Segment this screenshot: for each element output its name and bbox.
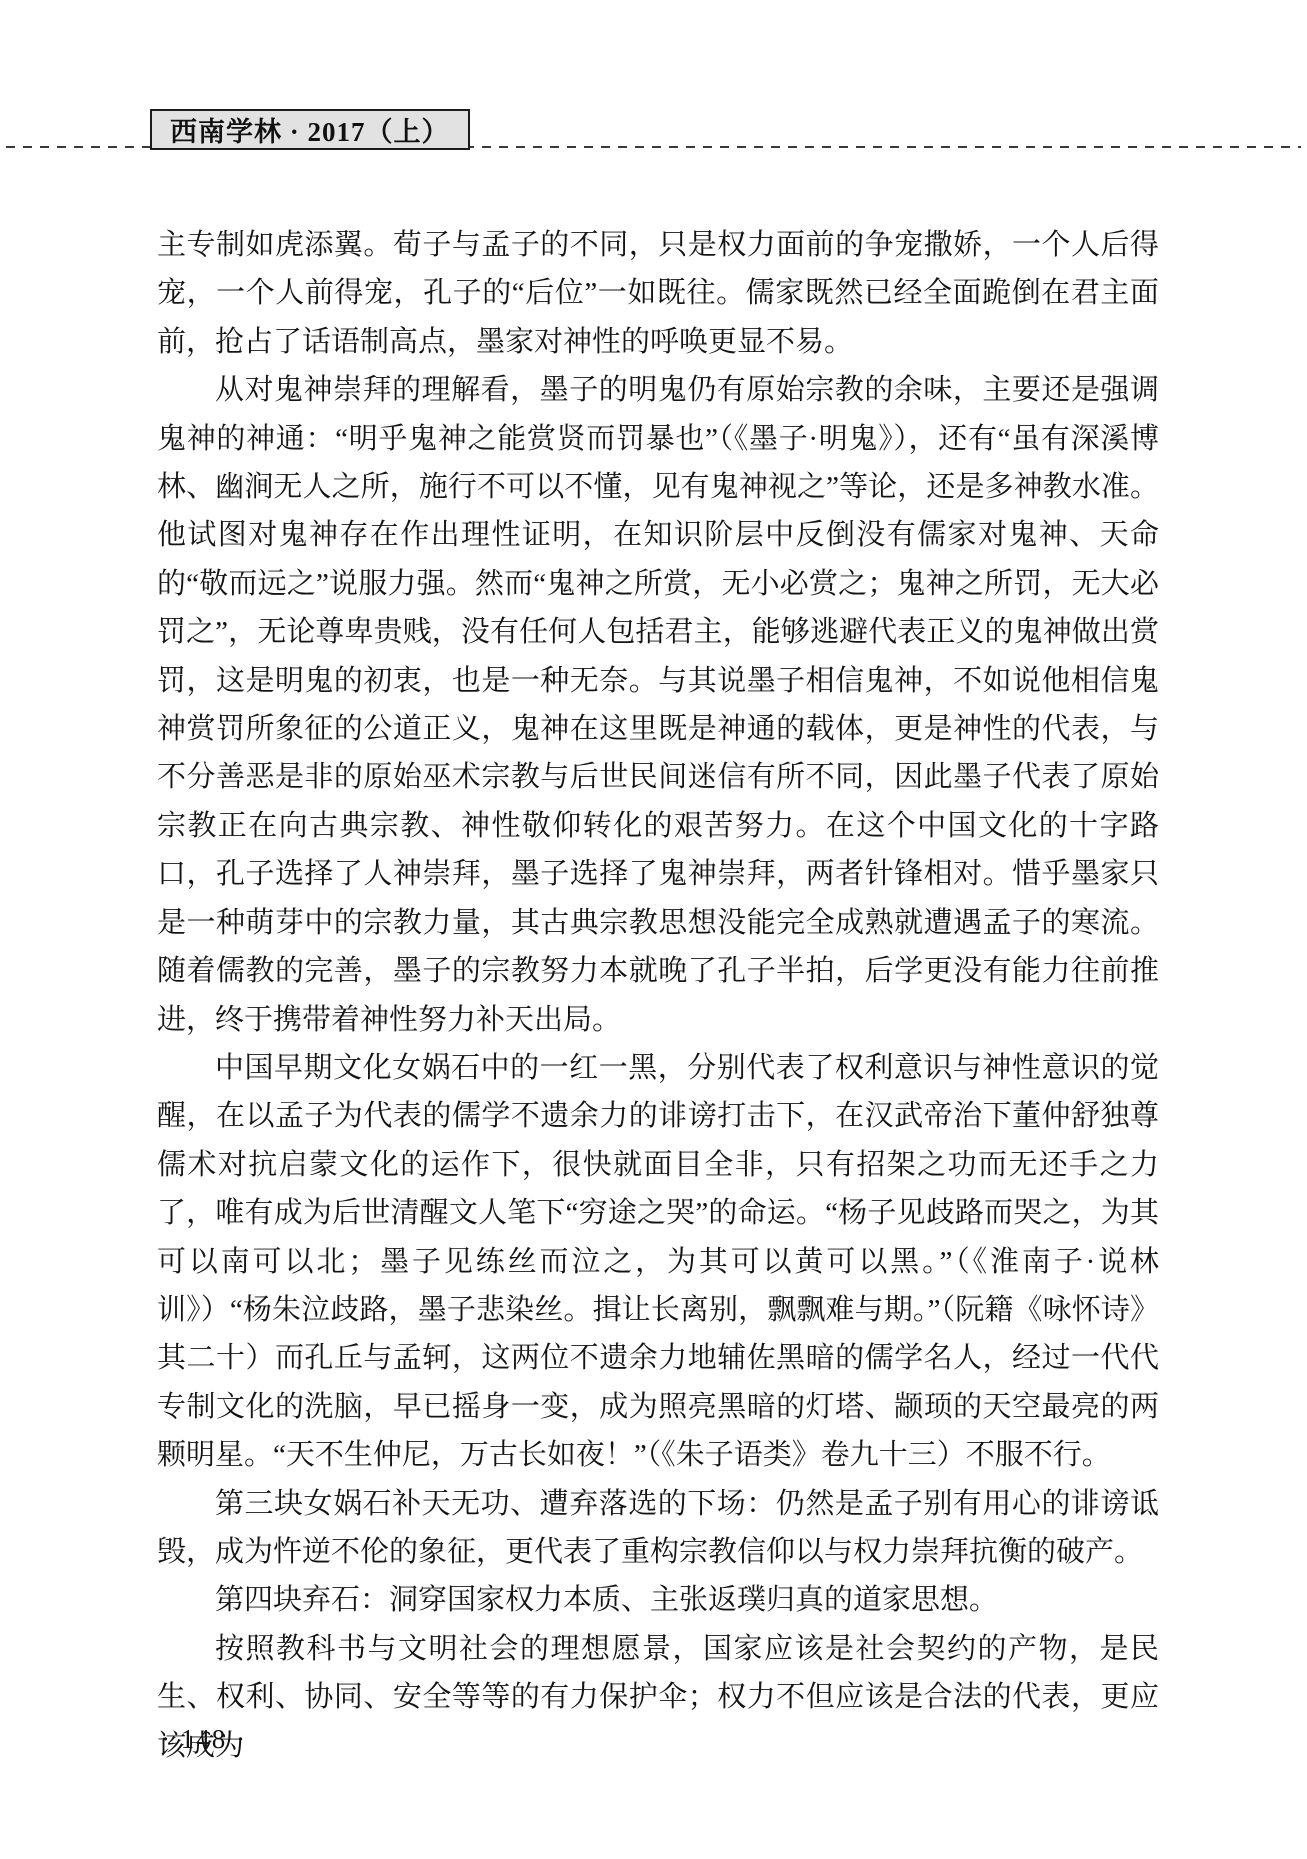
- paragraph: 第四块弃石：洞穿国家权力本质、主张返璞归真的道家思想。: [157, 1576, 1159, 1624]
- page-number: · 148 ·: [161, 1724, 247, 1755]
- journal-header-badge: 西南学林 · 2017（上）: [150, 109, 470, 150]
- document-page: 西南学林 · 2017（上） 主专制如虎添翼。荀子与孟子的不同，只是权力面前的争…: [0, 0, 1307, 1859]
- paragraph: 中国早期文化女娲石中的一红一黑，分别代表了权利意识与神性意识的觉醒，在以孟子为代…: [157, 1044, 1159, 1480]
- paragraph: 第三块女娲石补天无功、遭弃落选的下场：仍然是孟子别有用心的诽谤诋毁，成为忤逆不伦…: [157, 1480, 1159, 1577]
- journal-title: 西南学林 · 2017（上）: [170, 110, 450, 149]
- paragraph: 按照教科书与文明社会的理想愿景，国家应该是社会契约的产物，是民生、权利、协同、安…: [157, 1625, 1159, 1770]
- paragraph: 主专制如虎添翼。荀子与孟子的不同，只是权力面前的争宠撒娇，一个人后得宠，一个人前…: [157, 221, 1159, 366]
- page-body: 主专制如虎添翼。荀子与孟子的不同，只是权力面前的争宠撒娇，一个人后得宠，一个人前…: [157, 221, 1159, 1770]
- paragraph: 从对鬼神崇拜的理解看，墨子的明鬼仍有原始宗教的余味，主要还是强调鬼神的神通：“明…: [157, 366, 1159, 1044]
